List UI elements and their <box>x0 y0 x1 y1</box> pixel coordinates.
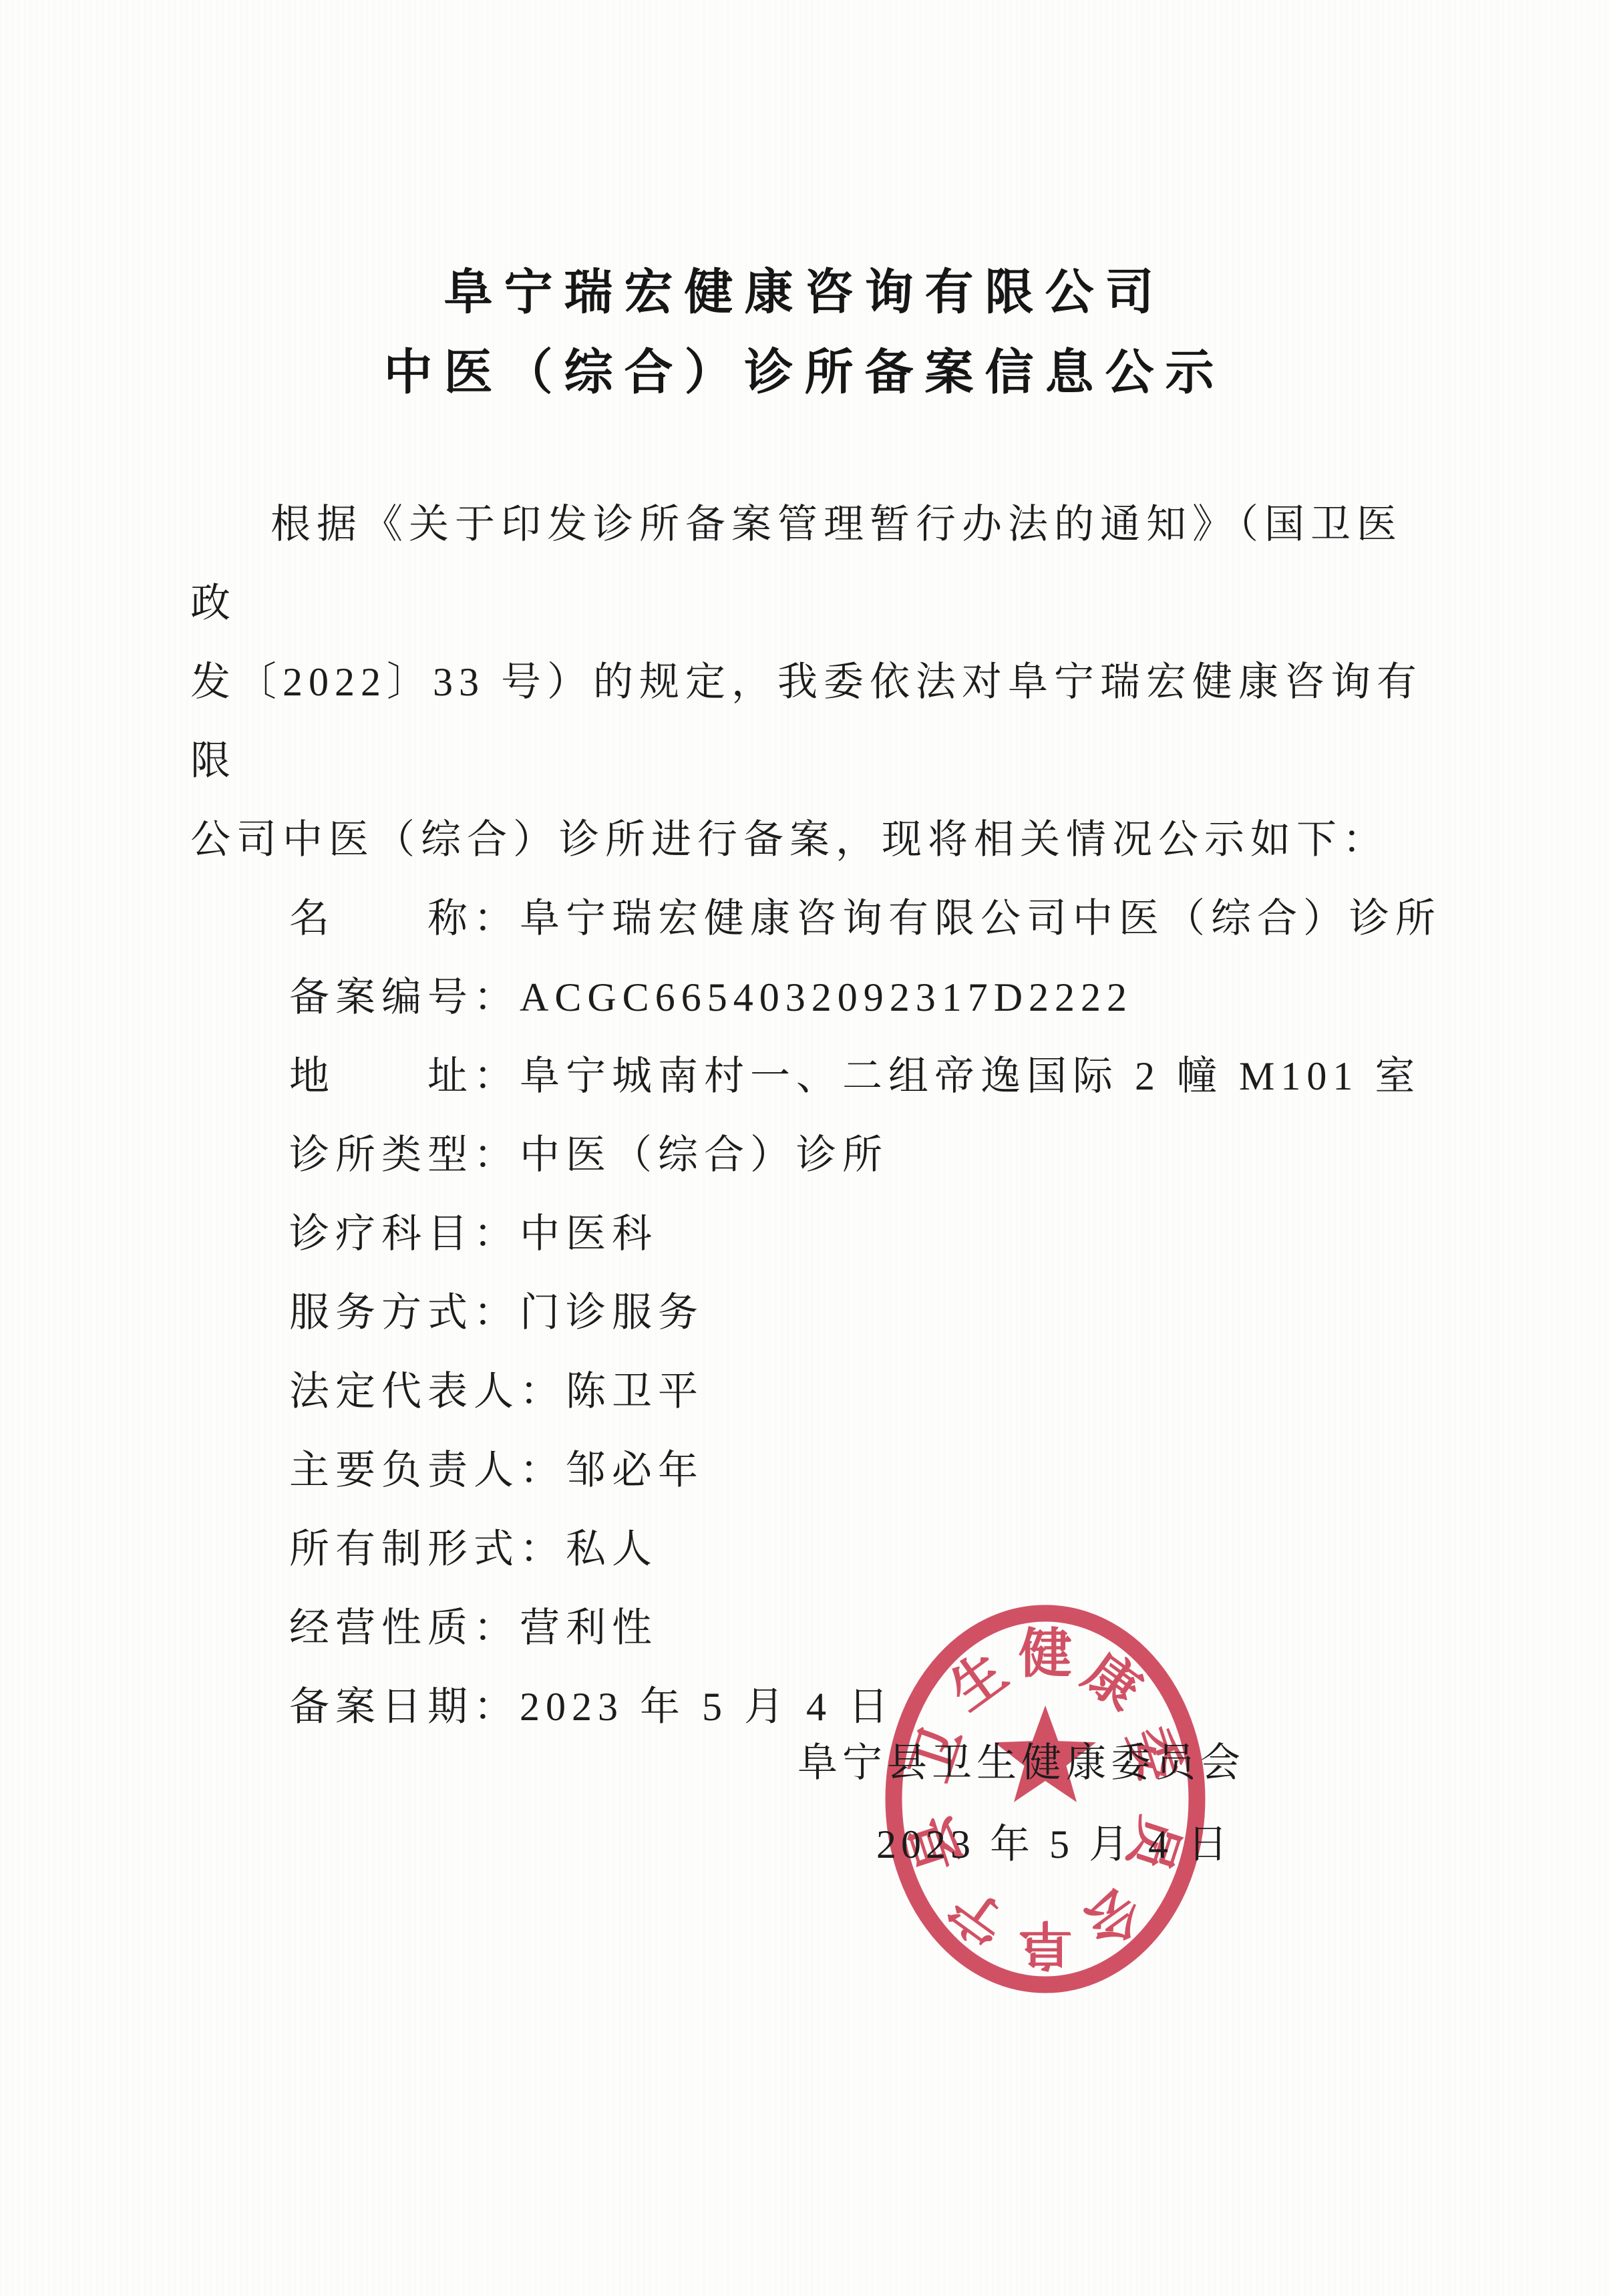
field-row: 服务方式：门诊服务 <box>190 1273 1436 1352</box>
field-row: 名 称：阜宁瑞宏健康咨询有限公司中医（综合）诊所 <box>190 879 1436 958</box>
field-value: 中医科 <box>520 1212 658 1256</box>
signature-date: 2023 年 5 月 4 日 <box>876 1822 1232 1866</box>
field-value: 邹必年 <box>566 1448 704 1492</box>
field-row: 诊所类型：中医（综合）诊所 <box>190 1116 1436 1194</box>
field-label: 主要负责人： <box>289 1448 566 1492</box>
field-row: 经营性质：营利性 <box>190 1589 1436 1667</box>
field-label: 备案编号： <box>289 975 520 1019</box>
paragraph-line: 根据《关于印发诊所备案管理暂行办法的通知》（国卫医政 <box>190 485 1436 643</box>
field-label: 诊疗科目： <box>289 1212 520 1256</box>
field-row: 备案日期：2023 年 5 月 4 日 <box>190 1667 1436 1746</box>
document-body: 根据《关于印发诊所备案管理暂行办法的通知》（国卫医政 发〔2022〕33 号）的… <box>190 485 1436 1746</box>
field-value: 陈卫平 <box>566 1369 704 1414</box>
field-value: 营利性 <box>520 1606 658 1650</box>
field-row: 主要负责人：邹必年 <box>190 1431 1436 1510</box>
paragraph-line: 发〔2022〕33 号）的规定，我委依法对阜宁瑞宏健康咨询有限 <box>190 643 1436 800</box>
field-value: 阜宁城南村一、二组帝逸国际 2 幢 M101 室 <box>520 1054 1421 1098</box>
document-title: 阜宁瑞宏健康咨询有限公司 中医（综合）诊所备案信息公示 <box>0 253 1609 413</box>
field-row: 法定代表人：陈卫平 <box>190 1352 1436 1431</box>
field-label: 诊所类型： <box>289 1133 520 1177</box>
seal-ring-char: 阜 <box>1019 1914 1072 1973</box>
field-row: 地 址：阜宁城南村一、二组帝逸国际 2 幢 M101 室 <box>190 1037 1436 1116</box>
field-value: 门诊服务 <box>520 1291 704 1335</box>
field-row: 诊疗科目：中医科 <box>190 1194 1436 1273</box>
title-line-2: 中医（综合）诊所备案信息公示 <box>0 333 1609 413</box>
field-value: ACGC6654032092317D2222 <box>520 975 1133 1019</box>
field-row: 所有制形式：私人 <box>190 1510 1436 1589</box>
field-value: 中医（综合）诊所 <box>520 1133 888 1177</box>
document-page: 阜宁瑞宏健康咨询有限公司 中医（综合）诊所备案信息公示 根据《关于印发诊所备案管… <box>0 0 1609 2296</box>
field-label: 名 称： <box>289 896 520 941</box>
paragraph-line: 公司中医（综合）诊所进行备案，现将相关情况公示如下： <box>190 800 1436 879</box>
field-label: 地 址： <box>289 1054 520 1098</box>
fields-list: 名 称：阜宁瑞宏健康咨询有限公司中医（综合）诊所备案编号：ACGC6654032… <box>190 879 1436 1746</box>
field-label: 服务方式： <box>289 1291 520 1335</box>
field-label: 所有制形式： <box>289 1527 566 1571</box>
field-label: 备案日期： <box>289 1685 520 1729</box>
field-row: 备案编号：ACGC6654032092317D2222 <box>190 958 1436 1037</box>
field-value: 2023 年 5 月 4 日 <box>520 1685 894 1729</box>
field-value: 阜宁瑞宏健康咨询有限公司中医（综合）诊所 <box>520 896 1441 941</box>
field-label: 法定代表人： <box>289 1369 566 1414</box>
field-label: 经营性质： <box>289 1606 520 1650</box>
field-value: 私人 <box>566 1527 658 1571</box>
signature-org: 阜宁县卫生健康委员会 <box>797 1741 1245 1785</box>
title-line-1: 阜宁瑞宏健康咨询有限公司 <box>0 253 1609 333</box>
